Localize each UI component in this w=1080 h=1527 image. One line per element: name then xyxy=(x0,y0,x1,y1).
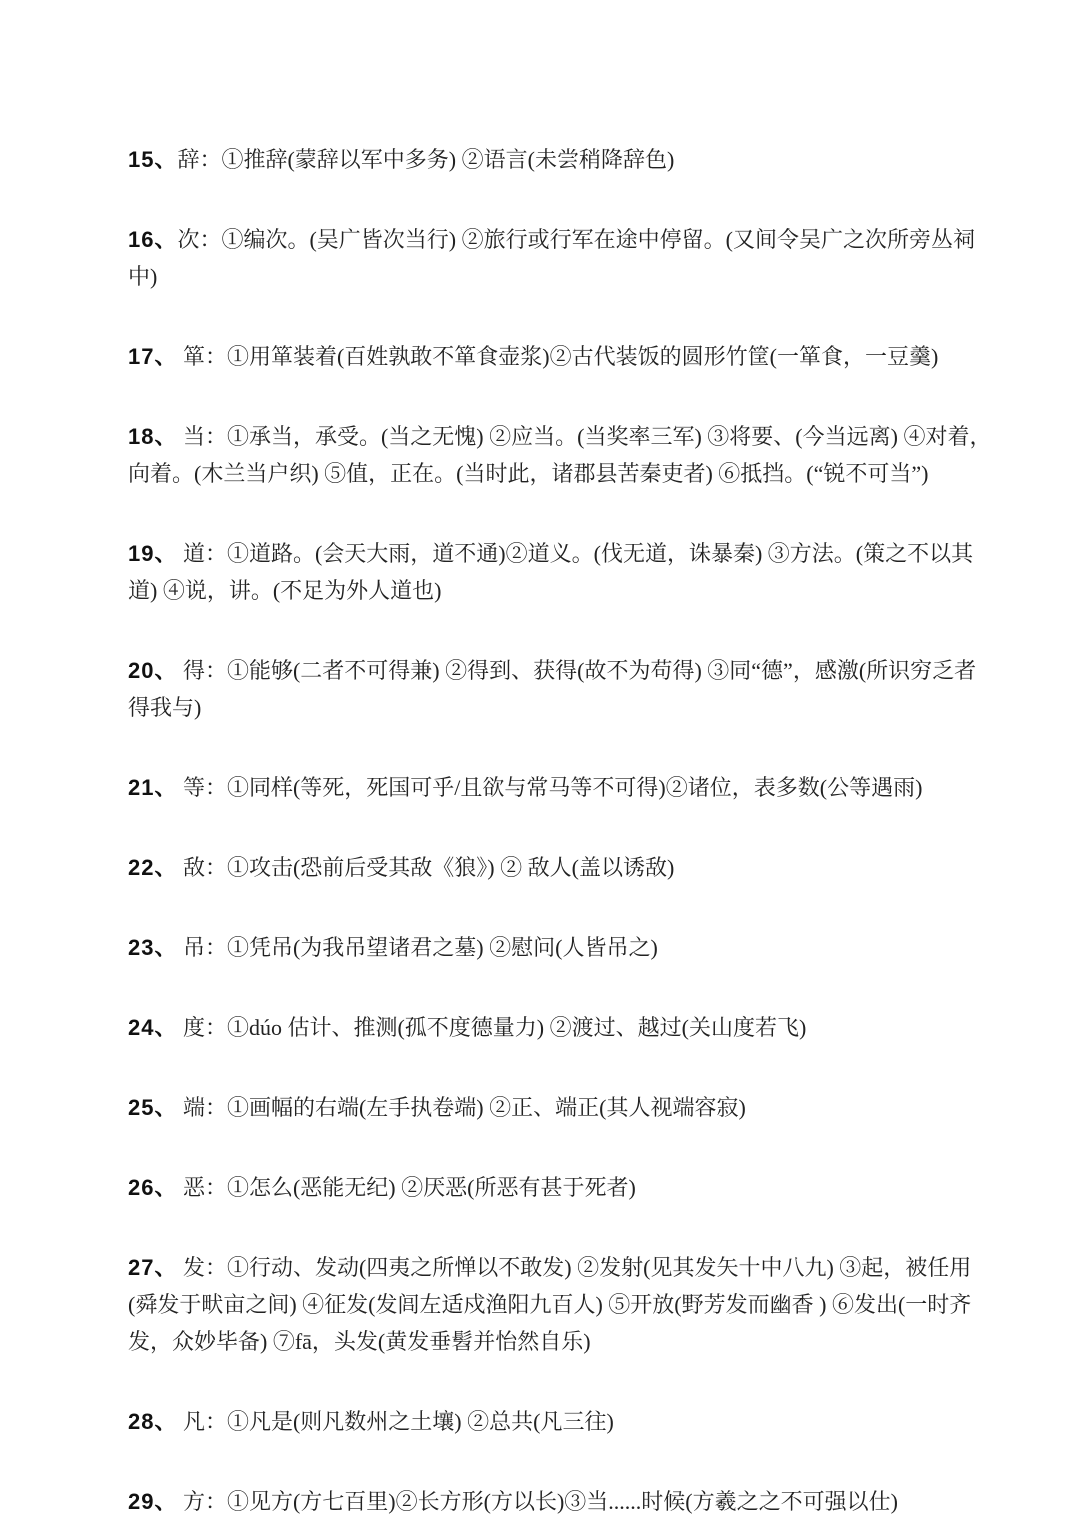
entry-number: 21、 xyxy=(128,775,177,800)
entry: 18、 当：①承当，承受。(当之无愧) ②应当。(当奖率三军) ③将要、(今当远… xyxy=(128,418,994,492)
entry-number: 27、 xyxy=(128,1255,177,1280)
entry: 21、 等：①同样(等死，死国可乎/且欲与常马等不可得)②诸位，表多数(公等遇雨… xyxy=(128,769,994,806)
entry: 22、 敌：①攻击(恐前后受其敌《狼》) ② 敌人(盖以诱敌) xyxy=(128,849,994,886)
entry-number: 26、 xyxy=(128,1175,177,1200)
entry: 28、 凡：①凡是(则凡数州之土壤) ②总共(凡三往) xyxy=(128,1403,994,1440)
entry: 29、 方：①见方(方七百里)②长方形(方以长)③当......时候(方羲之之不… xyxy=(128,1483,994,1520)
entry-number: 23、 xyxy=(128,935,177,960)
entry: 17、 箪：①用箪装着(百姓孰敢不箪食壶浆)②古代装饭的圆形竹筐(一箪食，一豆羹… xyxy=(128,338,994,375)
entry-text: 发：①行动、发动(四夷之所惮以不敢发) ②发射(见其发矢十中八九) ③起，被任用… xyxy=(128,1255,971,1354)
entry-text: 辞：①推辞(蒙辞以军中多务) ②语言(未尝稍降辞色) xyxy=(177,147,674,172)
entry: 23、 吊：①凭吊(为我吊望诸君之墓) ②慰问(人皆吊之) xyxy=(128,929,994,966)
entry-text: 端：①画幅的右端(左手执卷端) ②正、端正(其人视端容寂) xyxy=(177,1095,745,1120)
entry: 16、次：①编次。(吴广皆次当行) ②旅行或行军在途中停留。(又间令吴广之次所旁… xyxy=(128,221,994,295)
entry-number: 24、 xyxy=(128,1015,177,1040)
document-page: 15、辞：①推辞(蒙辞以军中多务) ②语言(未尝稍降辞色)16、次：①编次。(吴… xyxy=(0,0,1080,1527)
entry-text: 方：①见方(方七百里)②长方形(方以长)③当......时候(方羲之之不可强以仕… xyxy=(177,1489,897,1514)
entry-number: 25、 xyxy=(128,1095,177,1120)
entry-text: 敌：①攻击(恐前后受其敌《狼》) ② 敌人(盖以诱敌) xyxy=(177,855,674,880)
entry-list: 15、辞：①推辞(蒙辞以军中多务) ②语言(未尝稍降辞色)16、次：①编次。(吴… xyxy=(0,0,1080,1520)
entry: 26、 恶：①怎么(恶能无纪) ②厌恶(所恶有甚于死者) xyxy=(128,1169,994,1206)
entry-number: 20、 xyxy=(128,658,177,683)
entry-number: 17、 xyxy=(128,344,177,369)
entry: 15、辞：①推辞(蒙辞以军中多务) ②语言(未尝稍降辞色) xyxy=(128,141,994,178)
entry: 19、 道：①道路。(会天大雨，道不通)②道义。(伐无道，诛暴秦) ③方法。(策… xyxy=(128,535,994,609)
entry-number: 28、 xyxy=(128,1409,177,1434)
entry-text: 等：①同样(等死，死国可乎/且欲与常马等不可得)②诸位，表多数(公等遇雨) xyxy=(177,775,922,800)
entry: 25、 端：①画幅的右端(左手执卷端) ②正、端正(其人视端容寂) xyxy=(128,1089,994,1126)
entry-number: 16、 xyxy=(128,227,177,252)
entry-number: 29、 xyxy=(128,1489,177,1514)
entry-text: 得：①能够(二者不可得兼) ②得到、获得(故不为苟得) ③同“德”，感激(所识穷… xyxy=(128,658,976,720)
entry-text: 恶：①怎么(恶能无纪) ②厌恶(所恶有甚于死者) xyxy=(177,1175,635,1200)
entry-number: 15、 xyxy=(128,147,177,172)
entry: 20、 得：①能够(二者不可得兼) ②得到、获得(故不为苟得) ③同“德”，感激… xyxy=(128,652,994,726)
entry-text: 度：①dúo 估计、推测(孤不度德量力) ②渡过、越过(关山度若飞) xyxy=(177,1015,806,1040)
entry-text: 道：①道路。(会天大雨，道不通)②道义。(伐无道，诛暴秦) ③方法。(策之不以其… xyxy=(128,541,973,603)
entry-number: 19、 xyxy=(128,541,177,566)
entry: 27、 发：①行动、发动(四夷之所惮以不敢发) ②发射(见其发矢十中八九) ③起… xyxy=(128,1249,994,1360)
entry-number: 22、 xyxy=(128,855,177,880)
entry-text: 当：①承当，承受。(当之无愧) ②应当。(当奖率三军) ③将要、(今当远离) ④… xyxy=(128,424,991,486)
entry-text: 凡：①凡是(则凡数州之土壤) ②总共(凡三往) xyxy=(177,1409,613,1434)
entry-text: 次：①编次。(吴广皆次当行) ②旅行或行军在途中停留。(又间令吴广之次所旁丛祠中… xyxy=(128,227,975,289)
entry: 24、 度：①dúo 估计、推测(孤不度德量力) ②渡过、越过(关山度若飞) xyxy=(128,1009,994,1046)
entry-number: 18、 xyxy=(128,424,177,449)
entry-text: 箪：①用箪装着(百姓孰敢不箪食壶浆)②古代装饭的圆形竹筐(一箪食，一豆羹) xyxy=(177,344,938,369)
entry-text: 吊：①凭吊(为我吊望诸君之墓) ②慰问(人皆吊之) xyxy=(177,935,657,960)
